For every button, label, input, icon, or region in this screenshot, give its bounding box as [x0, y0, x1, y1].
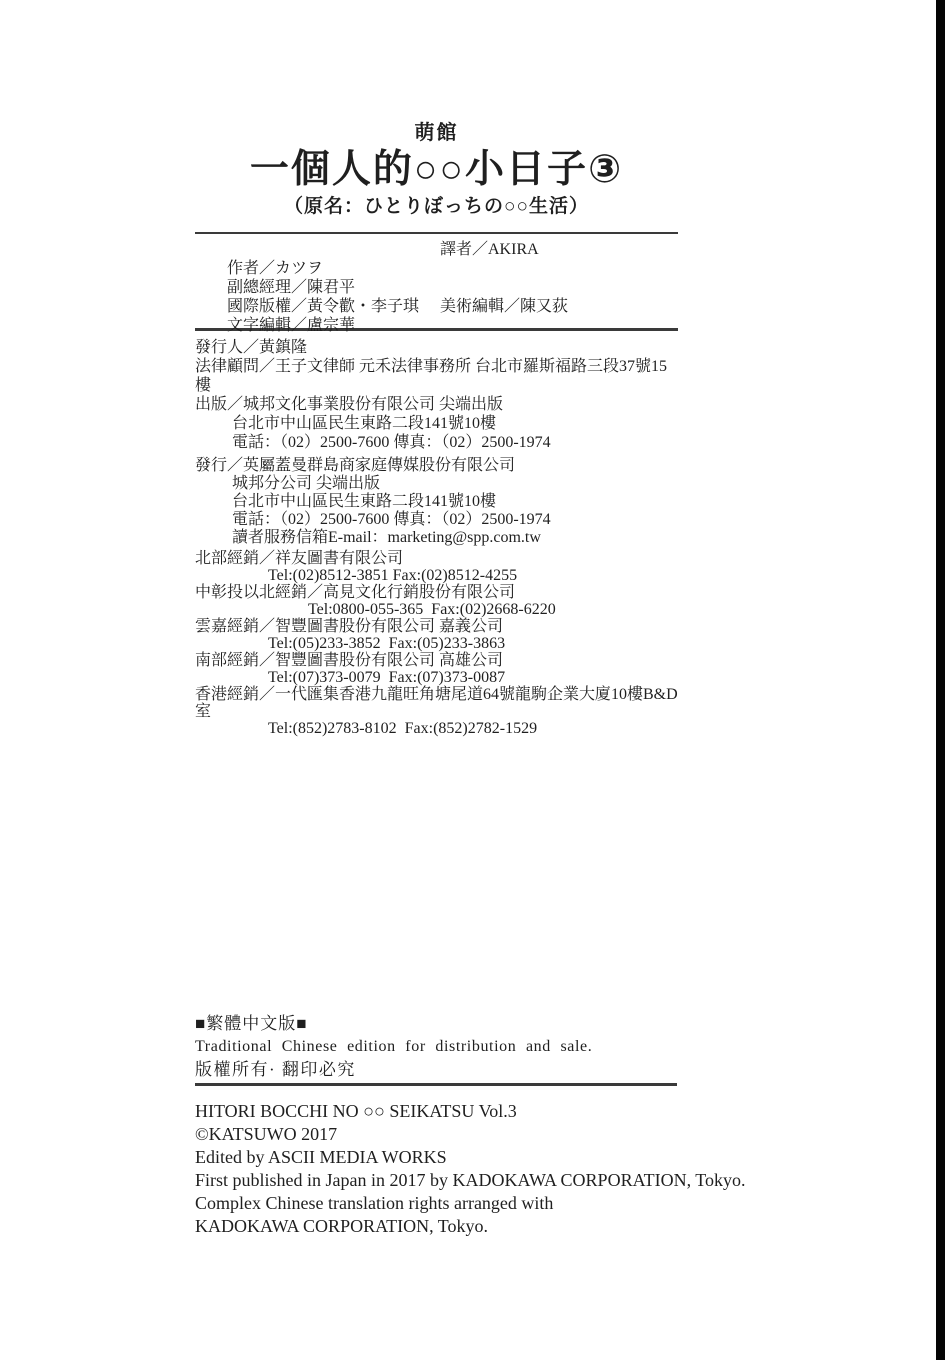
credit-text-editor: 文字編輯／盧宗華 [227, 317, 355, 334]
regional-line: 南部經銷／智豐圖書股份有限公司 高雄公司 [195, 652, 678, 669]
distribution-line: 台北市中山區民生東路二段141號10樓 [195, 493, 678, 511]
distribution-line: 城邦分公司 尖端出版 [195, 475, 678, 493]
divider-bottom [195, 1083, 677, 1086]
regional-line: 北部經銷／祥友圖書有限公司 [195, 550, 678, 567]
publisher-line: 電話：（02）2500-7600 傳真：（02）2500-1974 [195, 433, 678, 452]
publisher-line: 出版／城邦文化事業股份有限公司 尖端出版 [195, 395, 678, 414]
regional-line: 雲嘉經銷／智豐圖書股份有限公司 嘉義公司 [195, 618, 678, 635]
publisher-line: 法律顧問／王子文律師 元禾法律事務所 台北市羅斯福路三段37號15樓 [195, 357, 678, 395]
credit-row: 國際版權／黃令歡・李子琪 [195, 278, 678, 297]
credit-art-editor: 美術編輯／陳又荻 [440, 297, 568, 316]
rights-reserved-notice: 版權所有· 翻印必究 [195, 1058, 795, 1081]
publisher-block: 發行人／黃鎮隆 法律顧問／王子文律師 元禾法律事務所 台北市羅斯福路三段37號1… [195, 338, 678, 452]
publisher-line: 台北市中山區民生東路二段141號10樓 [195, 414, 678, 433]
original-title: （原名：ひとりぼっちの○○生活） [195, 194, 678, 220]
book-title: 一個人的○○小日子③ [195, 146, 678, 194]
distribution-line: 發行／英屬蓋曼群島商家庭傳媒股份有限公司 [195, 457, 678, 475]
copyright-rights-line: KADOKAWA CORPORATION, Tokyo. [195, 1215, 795, 1238]
copyright-footer: ■繁體中文版■ Traditional Chinese edition for … [195, 1012, 795, 1238]
regional-phone-line: Tel:(02)8512-3851 Fax:(02)8512-4255 [195, 567, 678, 584]
regional-phone-line: Tel:(07)373-0079 Fax:(07)373-0087 [195, 669, 678, 686]
colophon-content: 萌館 一個人的○○小日子③ （原名：ひとりぼっちの○○生活） 作者／カツヲ 譯者… [195, 121, 678, 737]
colophon-page: 萌館 一個人的○○小日子③ （原名：ひとりぼっちの○○生活） 作者／カツヲ 譯者… [0, 0, 945, 1360]
credit-translator: 譯者／AKIRA [440, 240, 539, 259]
regional-line: 中彰投以北經銷／高見文化行銷股份有限公司 [195, 584, 678, 601]
publisher-line: 發行人／黃鎮隆 [195, 338, 678, 357]
regional-phone-line: Tel:(852)2783-8102 Fax:(852)2782-1529 [195, 720, 678, 737]
staff-credits: 作者／カツヲ 譯者／AKIRA 副總經理／陳君平 國際版權／黃令歡・李子琪 文字… [195, 240, 678, 316]
edition-notice-en: Traditional Chinese edition for distribu… [195, 1036, 795, 1058]
divider-top [195, 232, 678, 234]
regional-line: 香港經銷／一代匯集香港九龍旺角塘尾道64號龍駒企業大廈10樓B&D室 [195, 686, 678, 720]
copyright-author-line: ©KATSUWO 2017 [195, 1123, 795, 1146]
edition-notice-zh: ■繁體中文版■ [195, 1012, 795, 1036]
regional-phone-line: Tel:0800-055-365 Fax:(02)2668-6220 [195, 601, 678, 618]
distribution-block: 發行／英屬蓋曼群島商家庭傳媒股份有限公司 城邦分公司 尖端出版 台北市中山區民生… [195, 457, 678, 547]
copyright-title-line: HITORI BOCCHI NO ○○ SEIKATSU Vol.3 [195, 1100, 795, 1123]
imprint-label: 萌館 [195, 121, 678, 146]
distribution-email-line: 讀者服務信箱E-mail：marketing@spp.com.tw [195, 529, 678, 547]
copyright-editor-line: Edited by ASCII MEDIA WORKS [195, 1146, 795, 1169]
regional-distributors-block: 北部經銷／祥友圖書有限公司 Tel:(02)8512-3851 Fax:(02)… [195, 550, 678, 737]
credit-row: 文字編輯／盧宗華 美術編輯／陳又荻 [195, 297, 678, 316]
copyright-publisher-line: First published in Japan in 2017 by KADO… [195, 1169, 795, 1192]
regional-phone-line: Tel:(05)233-3852 Fax:(05)233-3863 [195, 635, 678, 652]
distribution-line: 電話：（02）2500-7600 傳真：（02）2500-1974 [195, 511, 678, 529]
english-copyright-block: HITORI BOCCHI NO ○○ SEIKATSU Vol.3 ©KATS… [195, 1100, 795, 1238]
scan-edge-bar [936, 0, 945, 1360]
copyright-rights-line: Complex Chinese translation rights arran… [195, 1192, 795, 1215]
credit-row: 副總經理／陳君平 [195, 259, 678, 278]
credit-row: 作者／カツヲ 譯者／AKIRA [195, 240, 678, 259]
